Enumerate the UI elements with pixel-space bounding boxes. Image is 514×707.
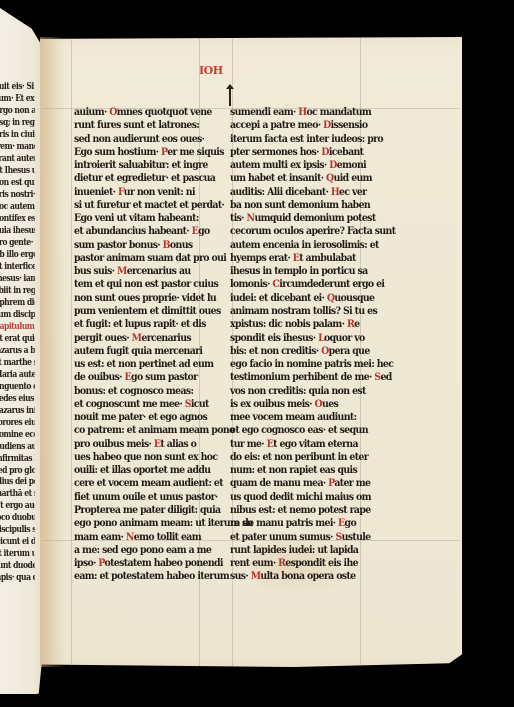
- left-page-line: Ephrem dicitur: [0, 298, 35, 309]
- caret-mark-icon: [229, 86, 231, 106]
- left-page-line: Capitulum XI: [0, 322, 35, 333]
- text-line: dietur et egredietur· et pascua: [74, 172, 209, 184]
- text-line: co patrem: et animam meam pono: [74, 424, 209, 436]
- text-line: hyemps erat· Et ambulabat: [230, 252, 365, 264]
- left-page-line: quia ihesus mo: [0, 226, 35, 237]
- text-line: testimonium perhibent de me· Sed: [230, 371, 365, 383]
- left-page-line: marthā et sororem: [0, 489, 35, 500]
- text-line: fiet unum ouile et unus pastor·: [74, 491, 209, 503]
- text-line: tis· Numquid demonium potest: [230, 212, 365, 224]
- text-line: runt fures sunt et latrones:: [74, 119, 209, 131]
- text-line: xpistus: dic nobis palam· Re: [230, 318, 365, 330]
- text-line: pastor animam suam dat pro oui: [74, 252, 209, 264]
- text-line: eam: et potestatem habeo iterum: [74, 570, 209, 582]
- left-page-line: abiit in regionem: [0, 286, 35, 297]
- left-page-line: pedes eius capillis: [0, 394, 35, 405]
- text-line: et abundancius habeant· Ego: [74, 225, 209, 237]
- left-page-line: Pontifex esset: [0, 214, 35, 225]
- text-line: et pater unum sumus· Sustule: [230, 531, 365, 543]
- text-line: mee vocem meam audiunt:: [230, 411, 365, 423]
- left-page-line: Ihesus· iam non: [0, 274, 35, 285]
- text-line: ego facio in nomine patris mei: hec: [230, 358, 365, 370]
- text-line: pum venientem et dimittit oues: [74, 305, 209, 317]
- left-page-line: Infirmitas hec non: [0, 454, 35, 465]
- text-line: et cognoscunt me mee· Sicut: [74, 398, 209, 410]
- text-line: autem multi ex ipsis· Demoni: [230, 159, 365, 171]
- left-page-line: filius dei per eam: [0, 477, 35, 488]
- text-line: et ego cognosco eas· et sequn: [230, 424, 365, 436]
- text-line: rent eum· Respondit eis ihe: [230, 557, 365, 569]
- left-page-line: et iterum uadis: [0, 549, 35, 560]
- left-page-line: uris in ciuitatem: [0, 130, 35, 141]
- text-line: do eis: et non peribunt in eter: [230, 451, 365, 463]
- text-line: animam nostram tollis? Si tu es: [230, 305, 365, 317]
- left-page-text: quit eis· Si me scitiseum· Et ex illo di…: [0, 82, 42, 585]
- left-page-line: hoc autem a semet: [0, 202, 35, 213]
- text-line: tur me· Et ego vitam eterna: [230, 438, 365, 450]
- text-line: sumendi eam· Hoc mandatum: [230, 106, 365, 118]
- left-page-line: Et erat quidam: [0, 334, 35, 345]
- left-page-line: non est qui diuidit: [0, 178, 35, 189]
- left-page-line: Dicunt ei discipuli: [0, 537, 35, 548]
- text-line: et fugit: et lupus rapit· et dis: [74, 318, 209, 330]
- left-page-line: Maria autem erat: [0, 370, 35, 381]
- text-line: Propterea me pater diligit: quia: [74, 504, 209, 516]
- text-line: iudei: et dicebant ei· Quousque: [230, 292, 365, 304]
- text-line: ihesus in templo in porticu sa: [230, 265, 365, 277]
- text-line: us quod dedit michi maius om: [230, 491, 365, 503]
- text-line: bus suis· Mercenarius au: [74, 265, 209, 277]
- text-line: auium· Omnes quotquot vene: [74, 106, 209, 118]
- text-line: ipso· Potestatem habeo ponendi: [74, 557, 209, 569]
- left-page-line: Et Ihesus ut fugitatis: [0, 166, 35, 177]
- text-line: ba non sunt demonium haben: [230, 199, 365, 211]
- left-page-line: eum· Et ex illo die: [0, 94, 35, 105]
- text-line: bonus: et cognosco meas:: [74, 385, 209, 397]
- left-page-line: domine ecce quem: [0, 430, 35, 441]
- left-page-line: sorores eius ad: [0, 418, 35, 429]
- left-page-line: Audiens autem: [0, 442, 35, 453]
- left-page-line: Ergo non ambula: [0, 106, 35, 117]
- text-line: iterum facta est inter iudeos: pro: [230, 133, 365, 145]
- left-page-line: ut interficerent: [0, 262, 35, 273]
- text-line: nibus est: et nemo potest rape: [230, 504, 365, 516]
- text-line: auditis: Alii dicebant· Hec ver: [230, 186, 365, 198]
- left-page-line: et marthe sororis: [0, 358, 35, 369]
- text-line: de ouibus· Ego sum pastor: [74, 371, 209, 383]
- text-line: pter sermones hos· Dicebant: [230, 146, 365, 158]
- text-line: inueniet· Fur non venit: ni: [74, 186, 209, 198]
- left-page-line: erant autem iudei: [0, 154, 35, 165]
- gutter-shadow: [40, 37, 66, 667]
- text-line: autem fugit quia mercenari: [74, 345, 209, 357]
- text-line: pergit oues· Mercenarius: [74, 332, 209, 344]
- text-line: ego pono animam meam: ut iterum su: [74, 517, 209, 529]
- text-line: non sunt oues proprie· videt lu: [74, 292, 209, 304]
- text-line: introierit saluabitur: et ingre: [74, 159, 209, 171]
- text-line: ues habeo que non sunt ex hoc: [74, 451, 209, 463]
- left-page-line: quit eis· Si me scitis: [0, 82, 35, 93]
- left-page-line: lapis· qua quia gr: [0, 573, 35, 584]
- text-line: Ego veni ut vitam habeant:: [74, 212, 209, 224]
- text-line: Ego sum hostium· Per me siquis: [74, 146, 209, 158]
- running-head: IOH: [199, 64, 223, 77]
- left-page-line: unguento et ex: [0, 382, 35, 393]
- left-page-line: Lazarus infirmabatur: [0, 406, 35, 417]
- left-page-line: frem· manebat cum: [0, 142, 35, 153]
- text-line: spondit eis ihesus· Loquor vo: [230, 332, 365, 344]
- left-page-curl: quit eis· Si me scitiseum· Et ex illo di…: [0, 8, 44, 694]
- text-line: num: et non rapiet eas quis: [230, 464, 365, 476]
- text-column-left: auium· Omnes quotquot venerunt fures sun…: [74, 106, 224, 584]
- left-page-line: cum discipulis suis: [0, 310, 35, 321]
- text-line: sus· Multa bona opera oste: [230, 570, 365, 582]
- left-page-line: sunt duodecim hore: [0, 561, 35, 572]
- left-page-line: Ut ergo audiuit: [0, 501, 35, 512]
- text-line: is ex ouibus meis· Oues: [230, 398, 365, 410]
- left-page-line: usq; in regionem: [0, 118, 35, 129]
- text-line: re de manu patris mei· Ego: [230, 517, 365, 529]
- text-line: si ut furetur et mactet et perdat·: [74, 199, 209, 211]
- text-line: nouit me pater· et ego agnos: [74, 411, 209, 423]
- ruling-line-vertical-1: [71, 38, 72, 666]
- text-line: um habet et insanit· Quid eum: [230, 172, 365, 184]
- text-line: cere et vocem meam audient: et: [74, 477, 209, 489]
- left-page-line: discipulis suis· Eamus: [0, 525, 35, 536]
- text-line: autem encenia in ierosolimis: et: [230, 239, 365, 251]
- text-line: cecorum oculos aperire? Facta sunt: [230, 225, 365, 237]
- text-line: tem et qui non est pastor cuius: [74, 278, 209, 290]
- text-column-right: sumendi eam· Hoc mandatumaccepi a patre …: [230, 106, 380, 584]
- text-line: sed non audierunt eos oues·: [74, 133, 209, 145]
- left-page-line: loco duobus diebus: [0, 513, 35, 524]
- text-line: a me: sed ego pono eam a me: [74, 544, 209, 556]
- text-line: lomonis· Circumdederunt ergo ei: [230, 278, 365, 290]
- left-page-line: lazarus a bethania: [0, 346, 35, 357]
- text-line: us est: et non pertinet ad eum: [74, 358, 209, 370]
- text-line: bis: et non creditis· Opera que: [230, 345, 365, 357]
- text-line: ouili: et illas oportet me addu: [74, 464, 209, 476]
- text-line: mam eam· Nemo tollit eam: [74, 531, 209, 543]
- left-page-line: sed pro gloria: [0, 466, 35, 477]
- left-page-line: Ab illo ergo die: [0, 250, 35, 261]
- text-line: accepi a patre meo· Dissensio: [230, 119, 365, 131]
- left-page-line: pro gente· et: [0, 238, 35, 249]
- text-line: quam de manu mea· Pater me: [230, 477, 365, 489]
- text-line: runt lapides iudei: ut lapida: [230, 544, 365, 556]
- text-line: vos non creditis: quia non est: [230, 385, 365, 397]
- text-line: pro ouibus meis· Et alias o: [74, 438, 209, 450]
- text-line: sum pastor bonus· Bonus: [74, 239, 209, 251]
- left-page-line: oris nostri· Dixit: [0, 190, 35, 201]
